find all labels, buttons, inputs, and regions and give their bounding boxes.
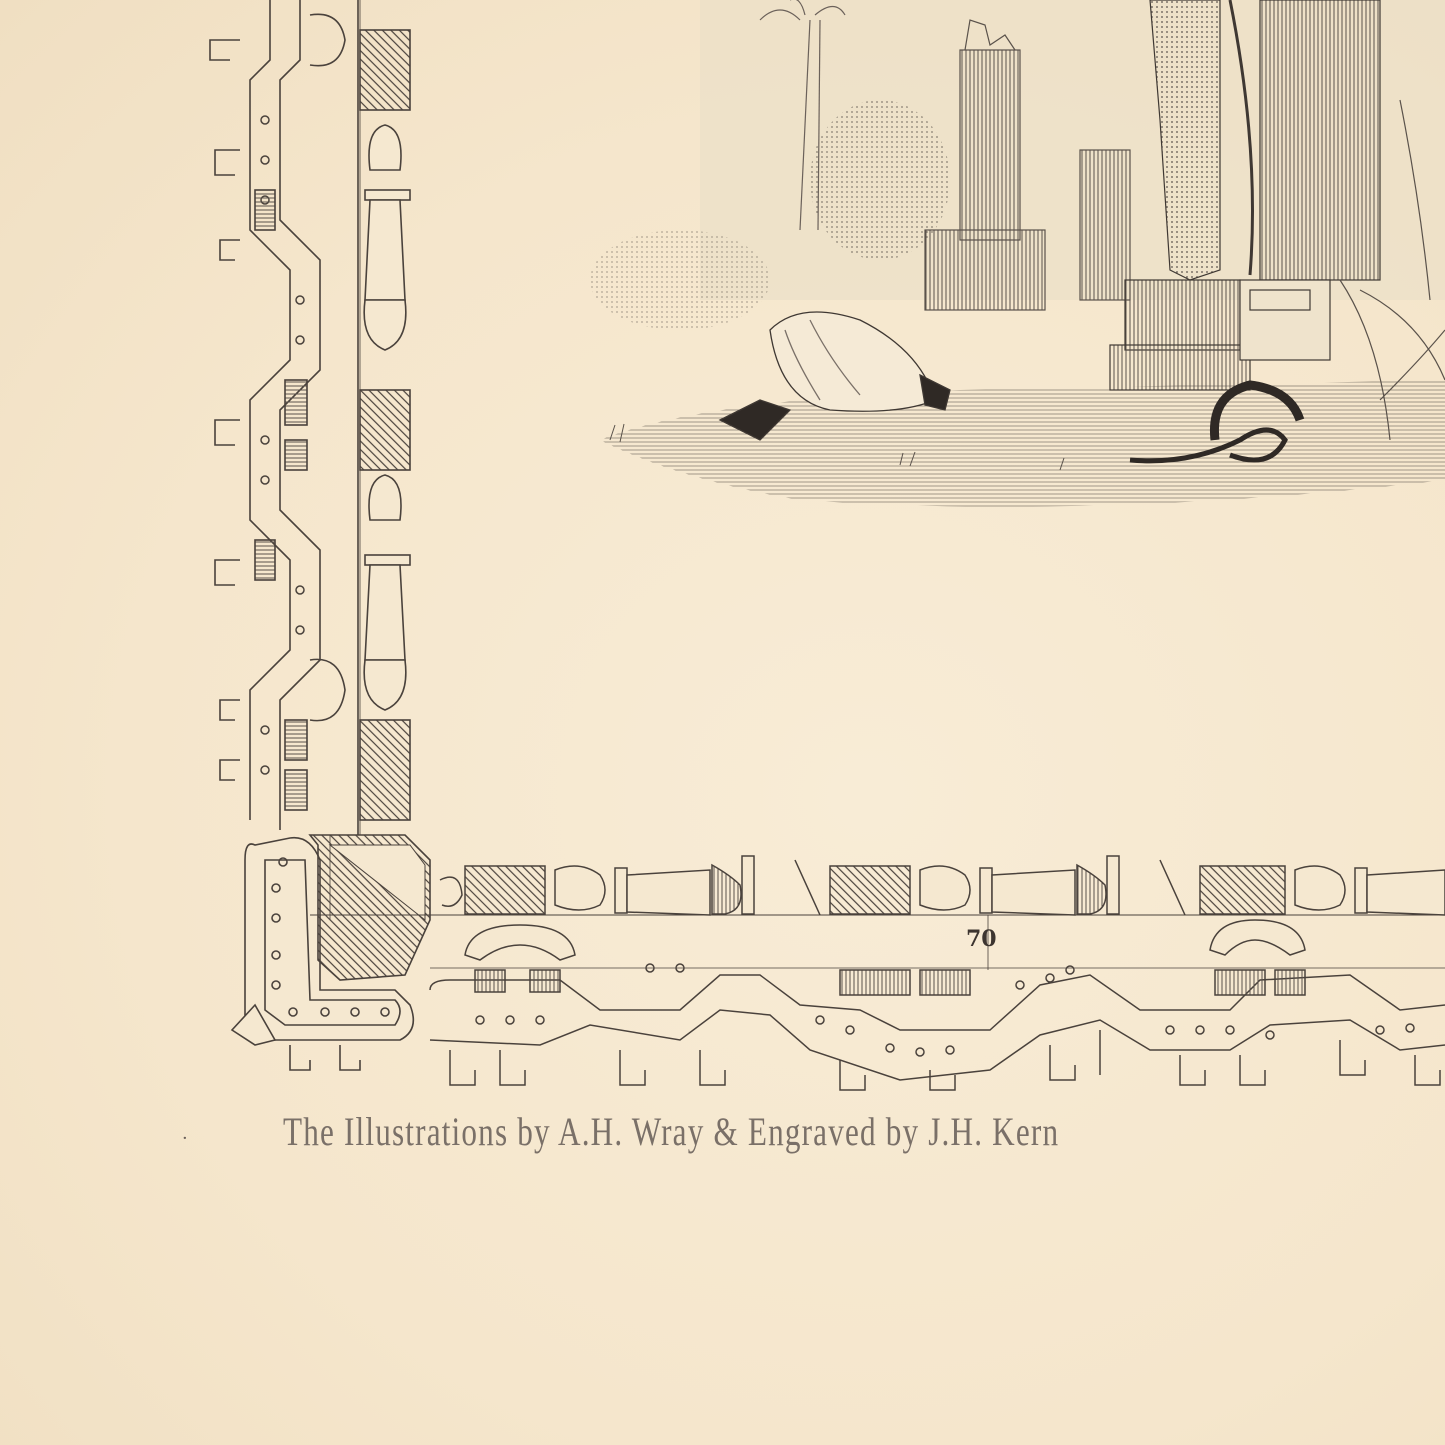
- vignette: [590, 0, 1445, 507]
- speck: ·: [182, 1128, 188, 1149]
- credit-line: The Illustrations by A.H. Wray & Engrave…: [283, 1108, 1059, 1155]
- page-marker: 70: [966, 926, 997, 952]
- statue-icon: [1150, 0, 1380, 280]
- pedestal-icon: [1110, 280, 1330, 390]
- engraving-artwork: [0, 0, 1445, 1445]
- frame-left-border: [210, 0, 410, 835]
- frame-bottom-border: [430, 856, 1445, 1090]
